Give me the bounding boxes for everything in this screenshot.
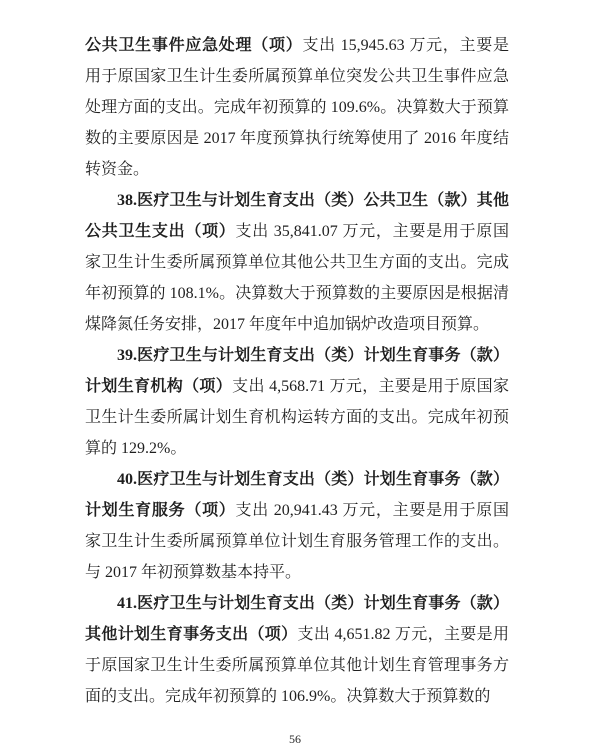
paragraph-39: 39.医疗卫生与计划生育支出（类）计划生育事务（款）计划生育机构（项）支出 4,… [85, 340, 509, 464]
paragraph-continuation: 公共卫生事件应急处理（项）支出 15,945.63 万元，主要是用于原国家卫生计… [85, 30, 509, 185]
paragraph-body: 支出 15,945.63 万元，主要是用于原国家卫生计生委所属预算单位突发公共卫… [85, 37, 509, 178]
paragraph-40: 40.医疗卫生与计划生育支出（类）计划生育事务（款）计划生育服务（项）支出 20… [85, 464, 509, 588]
page-number: 56 [0, 732, 590, 747]
document-page: 公共卫生事件应急处理（项）支出 15,945.63 万元，主要是用于原国家卫生计… [0, 0, 590, 754]
paragraph-heading: 公共卫生事件应急处理（项） [85, 37, 302, 54]
paragraph-41: 41.医疗卫生与计划生育支出（类）计划生育事务（款）其他计划生育事务支出（项）支… [85, 588, 509, 712]
paragraph-38: 38.医疗卫生与计划生育支出（类）公共卫生（款）其他公共卫生支出（项）支出 35… [85, 185, 509, 340]
document-content: 公共卫生事件应急处理（项）支出 15,945.63 万元，主要是用于原国家卫生计… [85, 30, 509, 712]
